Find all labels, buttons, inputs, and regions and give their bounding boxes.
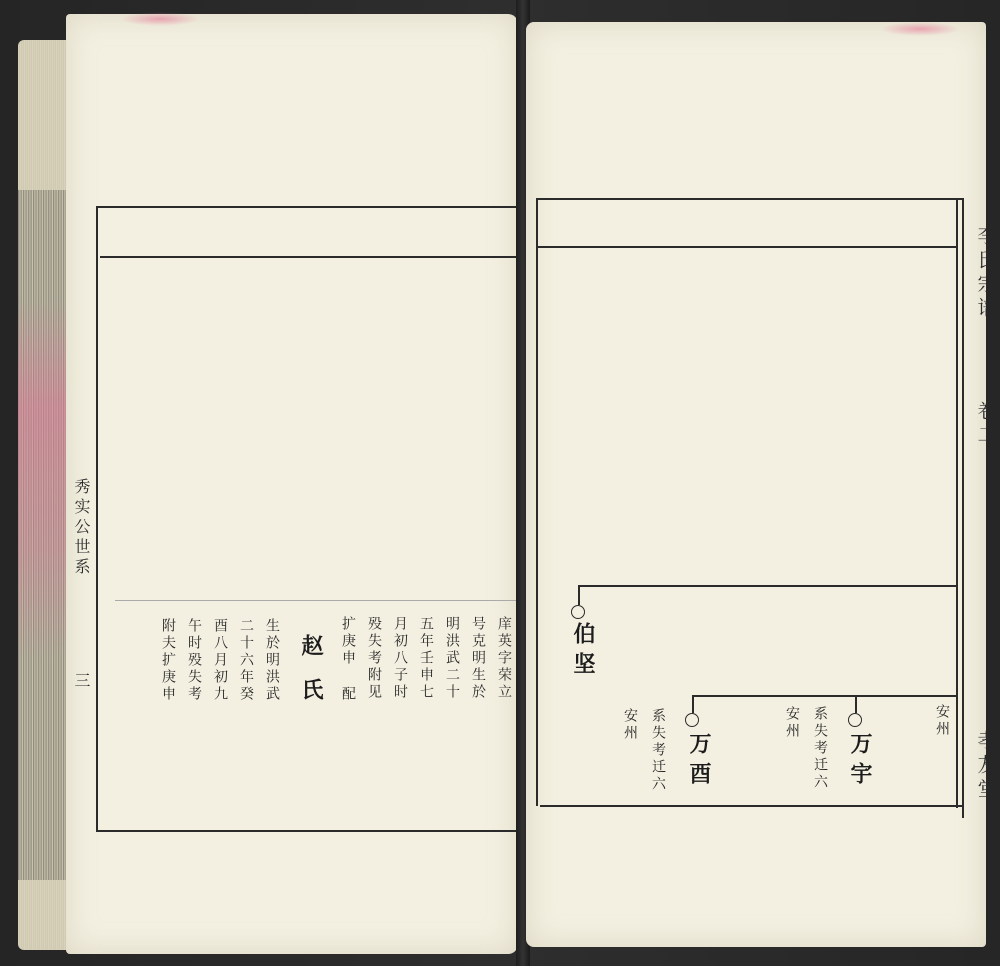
entry-col-4: 五年壬申七 xyxy=(418,616,434,701)
right-frame-right xyxy=(962,198,964,818)
person-name-zhao: 赵氏 xyxy=(296,634,327,722)
parent-name: 伯坚 xyxy=(568,622,599,682)
left-header-divider xyxy=(100,256,516,258)
margin-page-number: 三 xyxy=(70,672,93,692)
tree-children-branch xyxy=(692,695,956,697)
child2-node-circle xyxy=(848,713,862,727)
margin-title: 秀实公世系 xyxy=(70,478,93,578)
page-edge-pink-stain xyxy=(18,300,70,660)
right-frame-bottom xyxy=(540,805,962,807)
child1-name: 万酉 xyxy=(684,732,715,792)
entry-col-1: 庠英字荣立 xyxy=(496,616,512,701)
right-inner-border xyxy=(956,198,958,808)
entry-col-8: 生於明洪武 xyxy=(264,618,280,703)
child1-node-circle xyxy=(685,713,699,727)
pink-stain-top-left xyxy=(120,12,200,26)
child1-note: 系失考迁六 xyxy=(650,708,666,793)
left-frame-top xyxy=(96,206,516,208)
parent-node-circle xyxy=(571,605,585,619)
child1-stem xyxy=(692,695,694,713)
entry-col-12: 附夫扩庚申 xyxy=(160,618,176,703)
child2-place: 安州 xyxy=(784,706,800,740)
entry-col-6: 殁失考附见 xyxy=(366,616,382,701)
entry-col-11: 午时殁失考 xyxy=(186,618,202,703)
right-scan-edge xyxy=(986,0,1000,966)
tree-top-branch xyxy=(578,585,956,587)
left-row-divider xyxy=(115,600,516,601)
left-frame-bottom xyxy=(96,830,516,832)
left-frame-left xyxy=(96,206,98,832)
entry-col-3: 明洪武二十 xyxy=(444,616,460,701)
entry-col-10: 酉八月初九 xyxy=(212,618,228,703)
entry-col-9: 二十六年癸 xyxy=(238,618,254,703)
right-page xyxy=(526,22,986,947)
child2-stem xyxy=(855,695,857,713)
right-frame-top xyxy=(536,198,962,200)
child2-note: 系失考迁六 xyxy=(812,706,828,791)
entry-col-2: 号克明生於 xyxy=(470,616,486,701)
edge-place: 安州 xyxy=(934,704,950,738)
entry-col-7: 扩庚申 配 xyxy=(340,616,356,703)
child2-name: 万宇 xyxy=(845,732,876,792)
tree-parent-stem xyxy=(578,585,580,605)
pink-stain-top-right xyxy=(880,22,960,36)
right-frame-left xyxy=(536,198,538,806)
entry-col-5: 月初八子时 xyxy=(392,616,408,701)
bleed-through-text xyxy=(160,270,500,590)
right-header-divider xyxy=(536,246,956,248)
child1-place: 安州 xyxy=(622,708,638,742)
